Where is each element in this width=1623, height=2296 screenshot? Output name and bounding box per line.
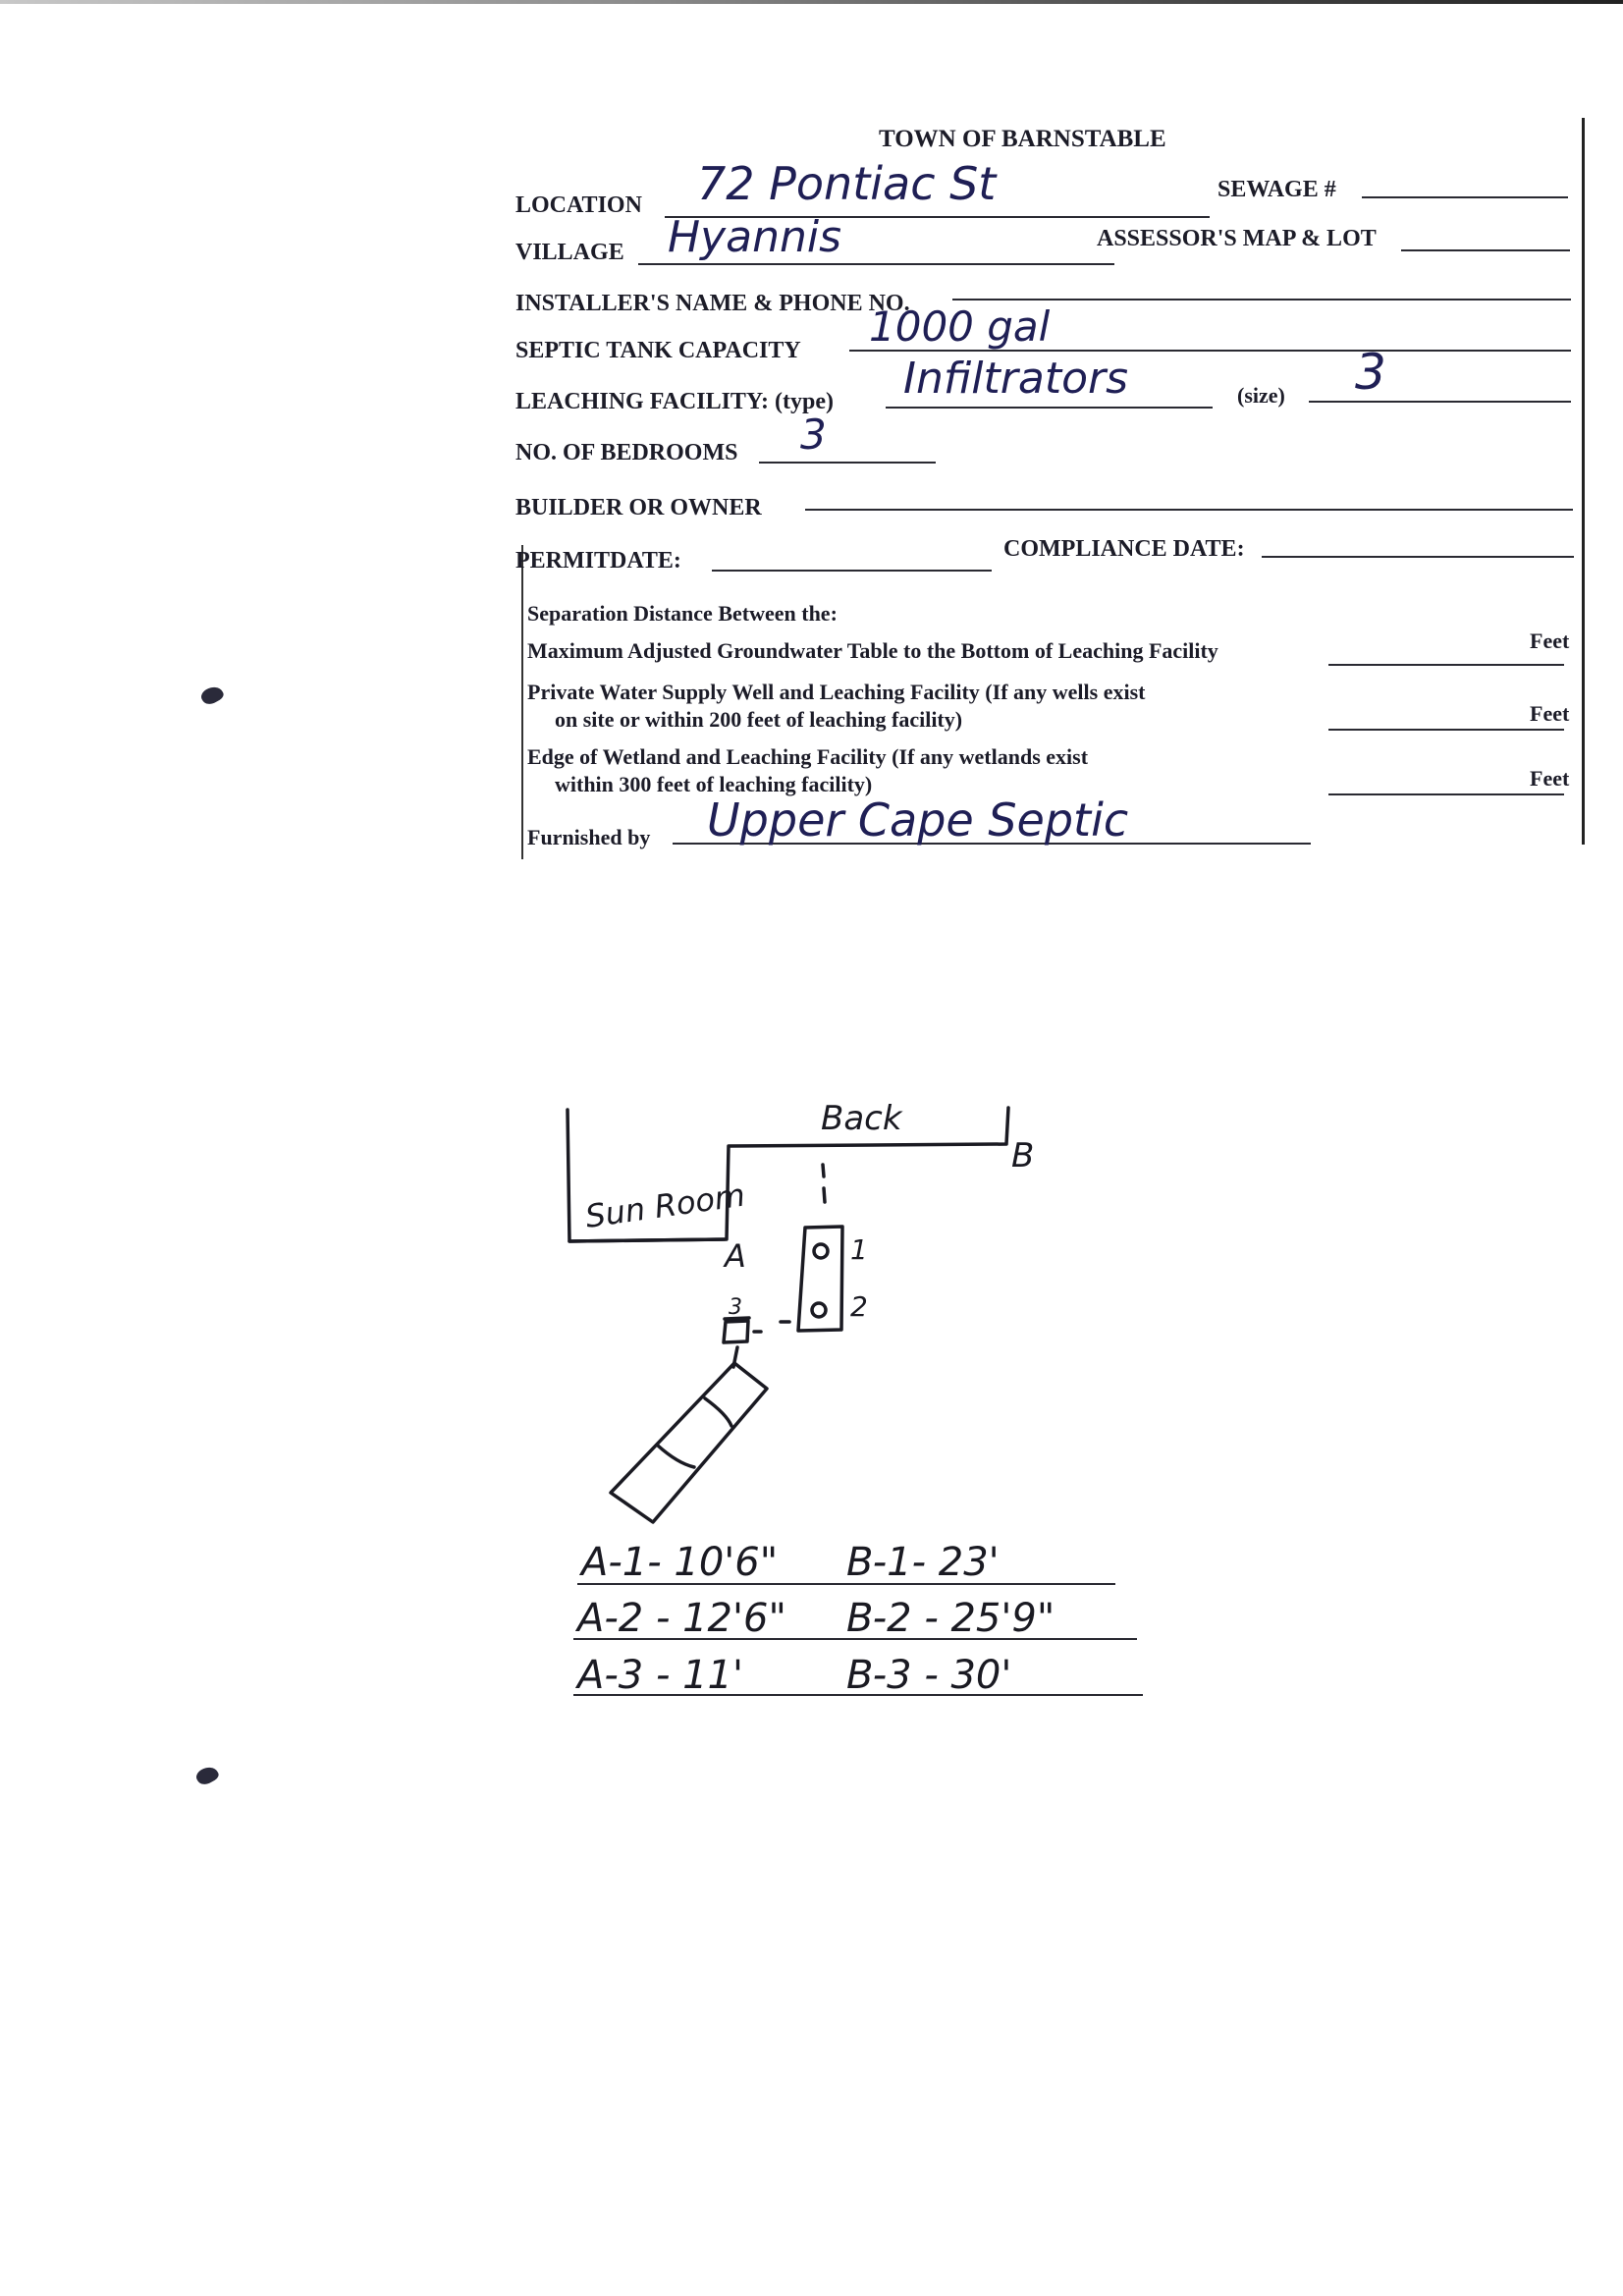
leaching-chambers: [611, 1363, 767, 1522]
measurement-a2: A-2 - 12'6": [577, 1596, 786, 1641]
point-b-label: B: [1011, 1136, 1034, 1175]
measurement-a1: A-1- 10'6": [581, 1540, 778, 1585]
dbox-label: 3: [729, 1295, 742, 1320]
tank-cover-1: [814, 1244, 828, 1258]
measurement-line-1: [577, 1583, 1115, 1585]
measurement-b3: B-3 - 30': [846, 1653, 1011, 1698]
measurement-line-3: [573, 1694, 1143, 1696]
tank-cover-2: [812, 1303, 826, 1317]
back-label: Back: [821, 1099, 903, 1138]
tank-cover-1-label: 1: [850, 1233, 868, 1266]
distribution-box: [724, 1321, 748, 1342]
measurement-line-2: [573, 1638, 1137, 1640]
tank-cover-2-label: 2: [850, 1290, 868, 1323]
site-sketch: Sun Room Back A B 1 2 3: [0, 0, 1623, 2296]
sun-room-label: Sun Room: [583, 1176, 747, 1235]
measurement-b1: B-1- 23': [846, 1540, 1000, 1585]
point-a-label: A: [723, 1237, 746, 1275]
measurement-a3: A-3 - 11': [577, 1653, 743, 1698]
measurement-b2: B-2 - 25'9": [846, 1596, 1055, 1641]
